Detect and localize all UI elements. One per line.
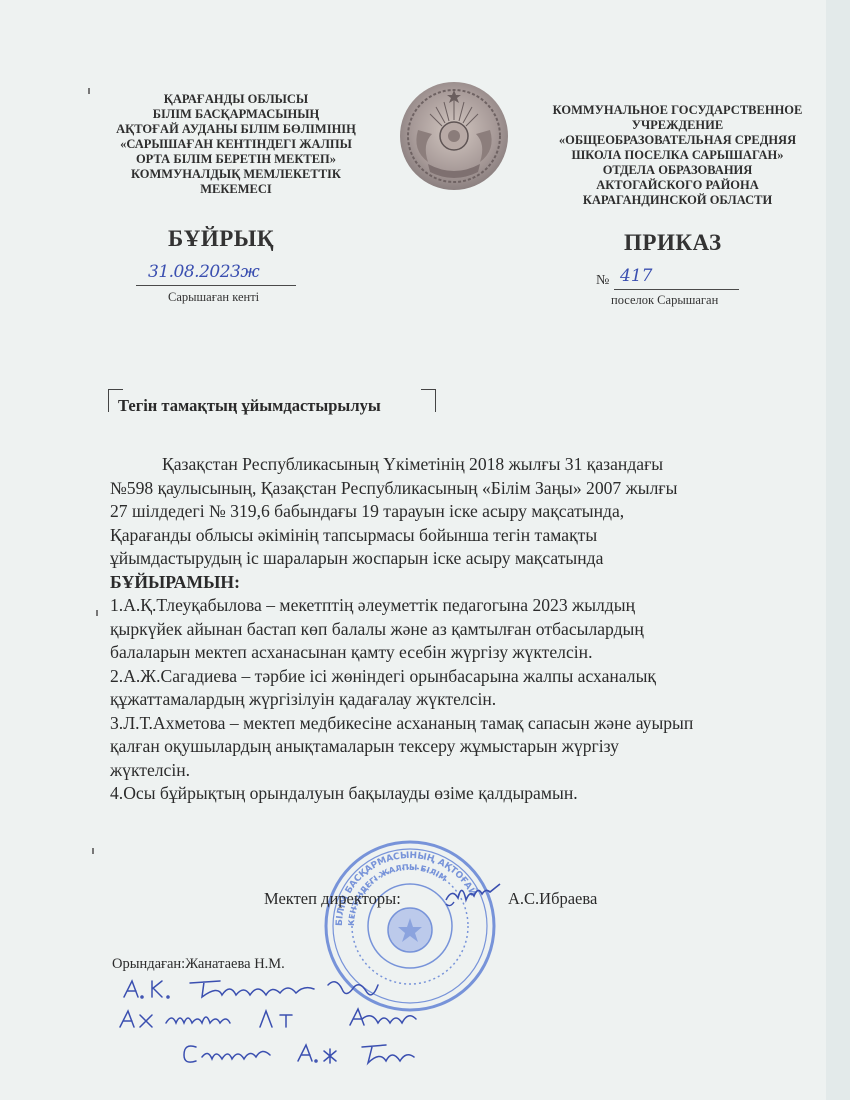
state-emblem-icon [398, 80, 510, 192]
header-kz-line: «САРЫШАҒАН КЕНТІНДЕГІ ЖАЛПЫ [108, 137, 364, 152]
header-ru-line: КОММУНАЛЬНОЕ ГОСУДАРСТВЕННОЕ [535, 103, 820, 118]
item-line: жүктелсін. [110, 759, 750, 783]
item-line: 3.Л.Т.Ахметова – мектеп медбикесіне асха… [110, 712, 750, 736]
order-title-kz: БҰЙРЫҚ [168, 226, 274, 252]
item-line: қалған оқушылардың анықтамаларын тексеру… [110, 735, 750, 759]
document-page: ҚАРАҒАНДЫ ОБЛЫСЫ БІЛІМ БАСҚАРМАСЫНЫҢ АҚТ… [0, 0, 827, 1100]
item-line: 2.А.Ж.Сагадиева – тәрбие ісі жөніндегі о… [110, 665, 750, 689]
subject-block: Тегін тамақтың ұйымдастырылуы [108, 383, 436, 417]
header-org-kz: ҚАРАҒАНДЫ ОБЛЫСЫ БІЛІМ БАСҚАРМАСЫНЫҢ АҚТ… [108, 92, 364, 197]
header-ru-line: КАРАГАНДИНСКОЙ ОБЛАСТИ [535, 193, 820, 208]
order-subject: Тегін тамақтың ұйымдастырылуы [118, 396, 381, 416]
preamble-line: Қазақстан Республикасының Үкіметінің 201… [110, 453, 750, 477]
scan-margin [826, 0, 850, 1100]
item-line: құжаттамалардың жүргізілуін қадағалау жү… [110, 688, 750, 712]
handwritten-acknowledgements [110, 975, 500, 1085]
scan-mark [92, 848, 94, 854]
executor: Орындаған:Жанатаева Н.М. [112, 956, 285, 973]
header-ru-line: «ОБЩЕОБРАЗОВАТЕЛЬНАЯ СРЕДНЯЯ [535, 133, 820, 148]
header-kz-line: АҚТОҒАЙ АУДАНЫ БІЛІМ БӨЛІМІНІҢ [108, 122, 364, 137]
director-label: Мектеп директоры: [264, 889, 401, 909]
item-line: 4.Осы бұйрықтың орындалуын бақылауды өзі… [110, 782, 750, 806]
item-line: 1.А.Қ.Тлеуқабылова – мекетптің әлеуметті… [110, 594, 750, 618]
bracket-top-right [421, 389, 436, 412]
scan-mark [96, 610, 98, 616]
header-kz-line: БІЛІМ БАСҚАРМАСЫНЫҢ [108, 107, 364, 122]
header-kz-line: КОММУНАЛДЫҚ МЕМЛЕКЕТТІК [108, 167, 364, 182]
header-ru-line: АКТОГАЙСКОГО РАЙОНА [535, 178, 820, 193]
header-ru-line: УЧРЕЖДЕНИЕ [535, 118, 820, 133]
header-kz-line: ҚАРАҒАНДЫ ОБЛЫСЫ [108, 92, 364, 107]
header-ru-line: ОТДЕЛА ОБРАЗОВАНИЯ [535, 163, 820, 178]
order-title-ru: ПРИКАЗ [624, 230, 722, 256]
director-signature-icon [442, 878, 504, 910]
header-kz-line: МЕКЕМЕСІ [108, 182, 364, 197]
place-kz: Сарышаған кенті [168, 290, 259, 305]
director-name: А.С.Ибраева [508, 889, 597, 909]
preamble-line: №598 қаулысының, Қазақстан Республикасын… [110, 477, 750, 501]
item-line: балаларын мектеп асханасынан қамту есебі… [110, 641, 750, 665]
number-sign: № [596, 273, 609, 289]
order-body: Қазақстан Республикасының Үкіметінің 201… [110, 453, 750, 806]
order-date: 31.08.2023ж [148, 262, 259, 282]
place-ru: поселок Сарышаган [611, 293, 718, 308]
item-line: қыркүйек айынан бастап көп балалы және а… [110, 618, 750, 642]
preamble-line: ұйымдастырудың іс шараларын жоспарын іск… [110, 547, 750, 571]
header-ru-line: ШКОЛА ПОСЕЛКА САРЫШАГАН» [535, 148, 820, 163]
order-number: 417 [620, 266, 652, 286]
scan-mark [88, 88, 90, 94]
order-word: БҰЙЫРАМЫН: [110, 571, 750, 595]
header-kz-line: ОРТА БІЛІМ БЕРЕТІН МЕКТЕП» [108, 152, 364, 167]
preamble-line: Қарағанды облысы әкімінің тапсырмасы бой… [110, 524, 750, 548]
preamble-line: 27 шілдедегі № 319,6 бабындағы 19 тарауы… [110, 500, 750, 524]
header-org-ru: КОММУНАЛЬНОЕ ГОСУДАРСТВЕННОЕ УЧРЕЖДЕНИЕ … [535, 103, 820, 208]
